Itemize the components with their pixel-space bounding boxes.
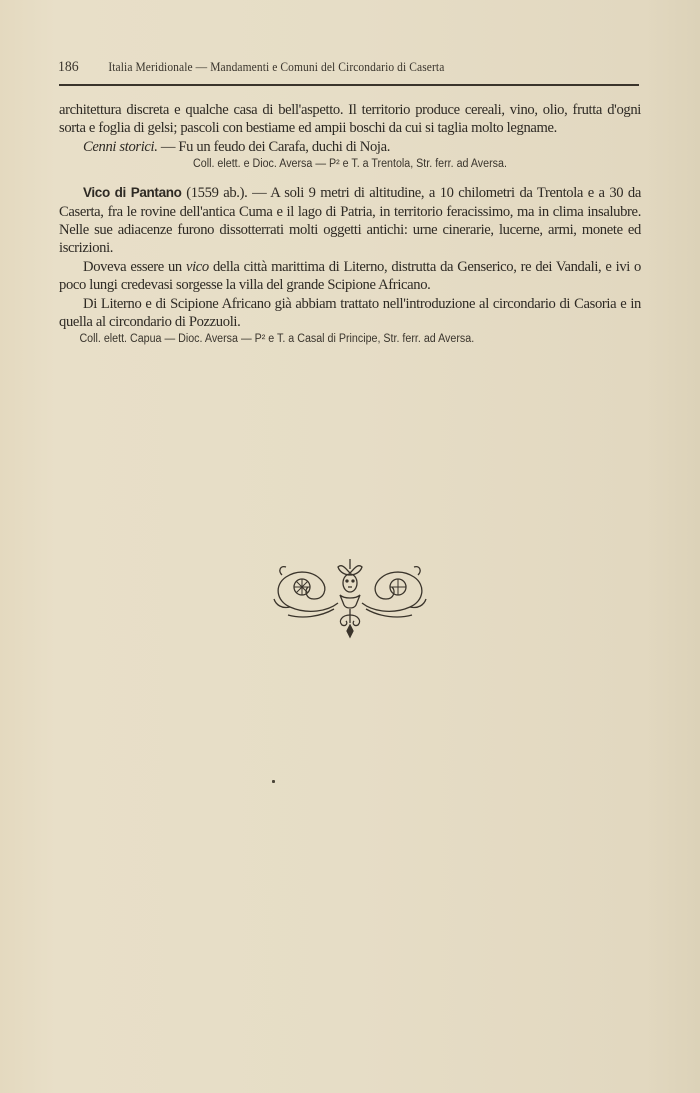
paragraph-continuation: architettura discreta e qualche casa di … (59, 101, 641, 138)
history-label: Cenni storici. (83, 139, 158, 155)
admin-line: Coll. elett. e Dioc. Aversa — P² e T. a … (79, 156, 620, 172)
para2-start: Doveva essere un (83, 259, 186, 275)
page-number: 186 (58, 59, 108, 76)
para2-italic: vico (186, 259, 209, 275)
running-header: 186 Italia Meridionale — Mandamenti e Co… (58, 59, 444, 76)
paragraph-history: Cenni storici. — Fu un feudo dei Carafa,… (59, 138, 641, 156)
fleuron-ornament-icon (268, 555, 432, 639)
entry-population: (1559 ab.). (182, 185, 248, 201)
running-title: Italia Meridionale — Mandamenti e Comuni… (108, 60, 444, 75)
paragraph-vico-2: Doveva essere un vico della città maritt… (59, 258, 641, 295)
paragraph-vico-3: Di Literno e di Scipione Africano già ab… (59, 295, 641, 332)
paper-speck (272, 780, 275, 783)
page-body: architettura discreta e qualche casa di … (59, 101, 641, 347)
admin-line-vico: Coll. elett. Capua — Dioc. Aversa — P² e… (59, 331, 600, 347)
history-text: — Fu un feudo dei Carafa, duchi di Noja. (158, 139, 390, 155)
header-rule (59, 84, 639, 86)
spacer (59, 172, 641, 184)
paragraph-entry-vico: Vico di Pantano (1559 ab.). — A soli 9 m… (59, 184, 641, 258)
entry-title: Vico di Pantano (83, 185, 182, 200)
